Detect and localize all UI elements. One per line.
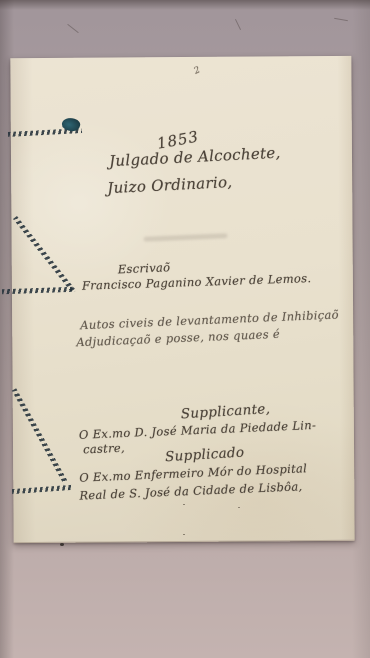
supplicant-label: Supplicante, xyxy=(180,401,270,422)
clerk-label: Escrivaõ xyxy=(118,260,171,276)
case-description-line-1: Autos civeis de levantamento de Inhibiça… xyxy=(80,307,339,332)
court-title: Julgado de Alcochete, xyxy=(109,144,281,171)
surface-scratch xyxy=(334,18,348,21)
surface-scratch xyxy=(235,19,241,30)
clerk-name: Francisco Paganino Xavier de Lemos. xyxy=(82,271,312,293)
photo-background-surface: 2 1853 Julgado de Alcochete, Juizo Ordin… xyxy=(0,0,370,658)
proceeding-type: Juizo Ordinario, xyxy=(107,173,233,197)
dirt-speck xyxy=(60,543,64,546)
supplicated-label: Supplicado xyxy=(165,445,245,466)
erased-pencil-smudge xyxy=(143,233,227,242)
supplicant-name-line-1: O Ex.mo D. José Maria da Piedade Lin- xyxy=(79,418,317,442)
supplicant-name-line-2: castre, xyxy=(83,441,125,457)
surface-scratch xyxy=(67,24,79,33)
page-number-mark: 2 xyxy=(193,65,203,77)
